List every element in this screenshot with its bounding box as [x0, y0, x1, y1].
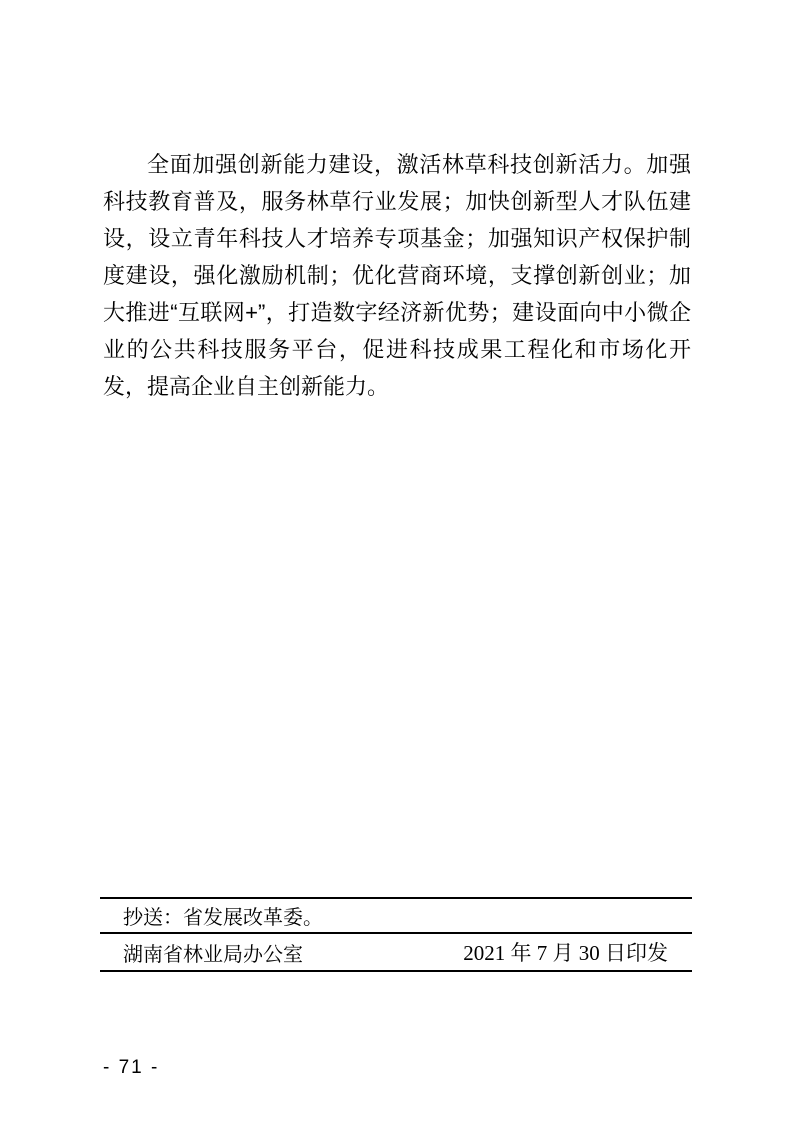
copy-to-row: 抄送：省发展改革委。: [100, 899, 692, 932]
footer-bottom-rule: [100, 970, 692, 972]
print-date-text: 2021 年 7 月 30 日印发: [463, 937, 668, 967]
body-paragraph: 全面加强创新能力建设，激活林草科技创新活力。加强科技教育普及，服务林草行业发展；…: [103, 146, 691, 405]
document-page: 全面加强创新能力建设，激活林草科技创新活力。加强科技教育普及，服务林草行业发展；…: [0, 0, 793, 1122]
page-number: - 71 -: [103, 1057, 159, 1079]
copy-to-text: 抄送：省发展改革委。: [123, 901, 323, 930]
issuer-row: 湖南省林业局办公室 2021 年 7 月 30 日印发: [100, 934, 692, 970]
footer-box: 抄送：省发展改革委。 湖南省林业局办公室 2021 年 7 月 30 日印发: [100, 897, 692, 972]
issuer-text: 湖南省林业局办公室: [123, 938, 303, 967]
